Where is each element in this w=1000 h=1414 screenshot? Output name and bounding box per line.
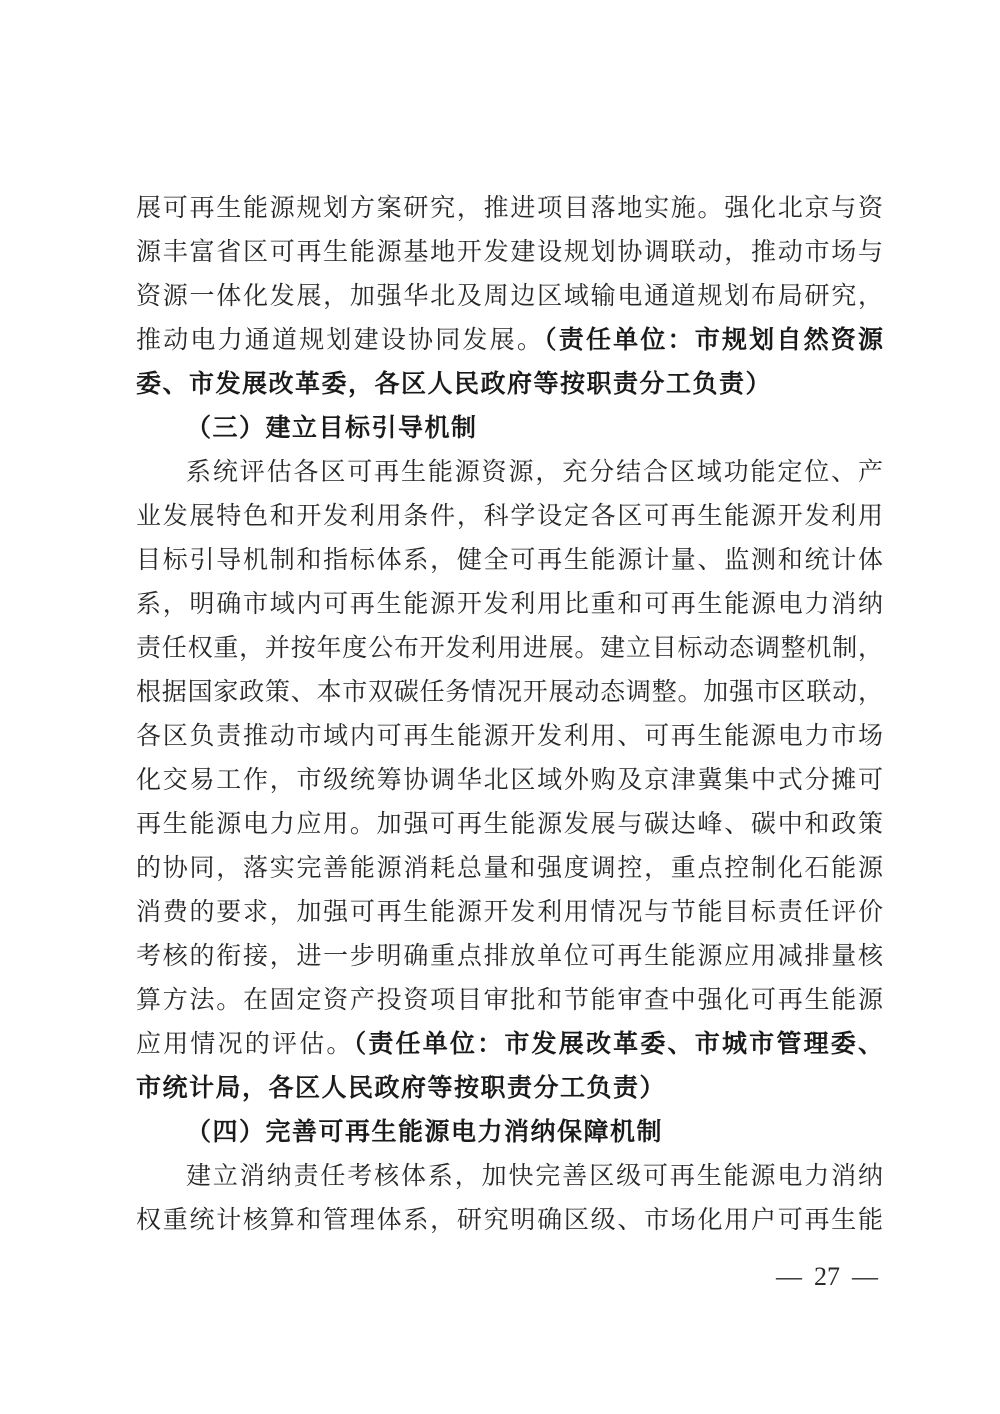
text-line: 消费的要求，加强可再生能源开发利用情况与节能目标责任评价 [136, 891, 883, 935]
bold-text-segment: （责任单位：市发展改革委、市城市管理委、 [354, 1031, 883, 1058]
text-line: 建立消纳责任考核体系，加快完善区级可再生能源电力消纳 [136, 1155, 883, 1199]
text-segment: 再生能源电力应用。加强可再生能源发展与碳达峰、碳中和政策 [136, 811, 883, 838]
text-segment: 化交易工作，市级统筹协调华北区域外购及京津冀集中式分摊可 [136, 767, 883, 794]
text-line: 权重统计核算和管理体系，研究明确区级、市场化用户可再生能 [136, 1199, 883, 1243]
text-line: 根据国家政策、本市双碳任务情况开展动态调整。加强市区联动， [136, 671, 883, 715]
text-line: 市统计局，各区人民政府等按职责分工负责） [136, 1067, 883, 1111]
text-segment: 展可再生能源规划方案研究，推进项目落地实施。强化北京与资 [136, 195, 883, 222]
text-line: 目标引导机制和指标体系，健全可再生能源计量、监测和统计体 [136, 539, 883, 583]
text-segment: 权重统计核算和管理体系，研究明确区级、市场化用户可再生能 [136, 1207, 883, 1234]
text-segment: 算方法。在固定资产投资项目审批和节能审查中强化可再生能源 [136, 987, 883, 1014]
text-line: 算方法。在固定资产投资项目审批和节能审查中强化可再生能源 [136, 979, 883, 1023]
text-segment: 源丰富省区可再生能源基地开发建设规划协调联动，推动市场与 [136, 239, 883, 266]
text-line: （四）完善可再生能源电力消纳保障机制 [136, 1111, 883, 1155]
document-page: 展可再生能源规划方案研究，推进项目落地实施。强化北京与资源丰富省区可再生能源基地… [0, 0, 1000, 1414]
text-line: 的协同，落实完善能源消耗总量和强度调控，重点控制化石能源 [136, 847, 883, 891]
text-line: 各区负责推动市域内可再生能源开发利用、可再生能源电力市场 [136, 715, 883, 759]
text-segment: 的协同，落实完善能源消耗总量和强度调控，重点控制化石能源 [136, 855, 883, 882]
text-line: 应用情况的评估。（责任单位：市发展改革委、市城市管理委、 [136, 1023, 883, 1067]
page-number: 27 [814, 1262, 840, 1292]
text-line: 展可再生能源规划方案研究，推进项目落地实施。强化北京与资 [136, 187, 883, 231]
page-number-footer: — 27 — [776, 1262, 878, 1292]
text-line: 责任权重，并按年度公布开发利用进展。建立目标动态调整机制， [136, 627, 883, 671]
text-segment: 建立消纳责任考核体系，加快完善区级可再生能源电力消纳 [186, 1163, 883, 1190]
text-line: 推动电力通道规划建设协同发展。（责任单位：市规划自然资源 [136, 319, 883, 363]
text-line: 业发展特色和开发利用条件，科学设定各区可再生能源开发利用 [136, 495, 883, 539]
text-line: 资源一体化发展，加强华北及周边区域输电通道规划布局研究， [136, 275, 883, 319]
text-line: （三）建立目标引导机制 [136, 407, 883, 451]
text-segment: 系统评估各区可再生能源资源，充分结合区域功能定位、产 [186, 459, 883, 486]
bold-text-segment: （责任单位：市规划自然资源 [544, 327, 883, 354]
text-segment: 目标引导机制和指标体系，健全可再生能源计量、监测和统计体 [136, 547, 883, 574]
text-segment: 应用情况的评估。 [136, 1031, 354, 1058]
text-line: 源丰富省区可再生能源基地开发建设规划协调联动，推动市场与 [136, 231, 883, 275]
text-segment: 推动电力通道规划建设协同发展。 [136, 327, 544, 354]
footer-right-dash: — [852, 1262, 878, 1292]
text-segment: 业发展特色和开发利用条件，科学设定各区可再生能源开发利用 [136, 503, 883, 530]
text-block: 展可再生能源规划方案研究，推进项目落地实施。强化北京与资源丰富省区可再生能源基地… [136, 187, 883, 1243]
text-segment: 系，明确市域内可再生能源开发利用比重和可再生能源电力消纳 [136, 591, 883, 618]
text-line: 再生能源电力应用。加强可再生能源发展与碳达峰、碳中和政策 [136, 803, 883, 847]
text-segment: 消费的要求，加强可再生能源开发利用情况与节能目标责任评价 [136, 899, 883, 926]
footer-left-dash: — [776, 1262, 802, 1292]
bold-text-segment: 市统计局，各区人民政府等按职责分工负责） [136, 1075, 666, 1102]
text-segment: 根据国家政策、本市双碳任务情况开展动态调整。加强市区联动， [136, 679, 883, 706]
bold-text-segment: （四）完善可再生能源电力消纳保障机制 [186, 1119, 663, 1146]
text-line: 委、市发展改革委，各区人民政府等按职责分工负责） [136, 363, 883, 407]
text-segment: 责任权重，并按年度公布开发利用进展。建立目标动态调整机制， [136, 635, 883, 662]
text-segment: 资源一体化发展，加强华北及周边区域输电通道规划布局研究， [136, 283, 883, 310]
text-segment: 各区负责推动市域内可再生能源开发利用、可再生能源电力市场 [136, 723, 883, 750]
text-line: 系，明确市域内可再生能源开发利用比重和可再生能源电力消纳 [136, 583, 883, 627]
text-line: 系统评估各区可再生能源资源，充分结合区域功能定位、产 [136, 451, 883, 495]
text-segment: 考核的衔接，进一步明确重点排放单位可再生能源应用减排量核 [136, 943, 883, 970]
text-line: 考核的衔接，进一步明确重点排放单位可再生能源应用减排量核 [136, 935, 883, 979]
bold-text-segment: （三）建立目标引导机制 [186, 415, 478, 442]
text-line: 化交易工作，市级统筹协调华北区域外购及京津冀集中式分摊可 [136, 759, 883, 803]
bold-text-segment: 委、市发展改革委，各区人民政府等按职责分工负责） [136, 371, 772, 398]
